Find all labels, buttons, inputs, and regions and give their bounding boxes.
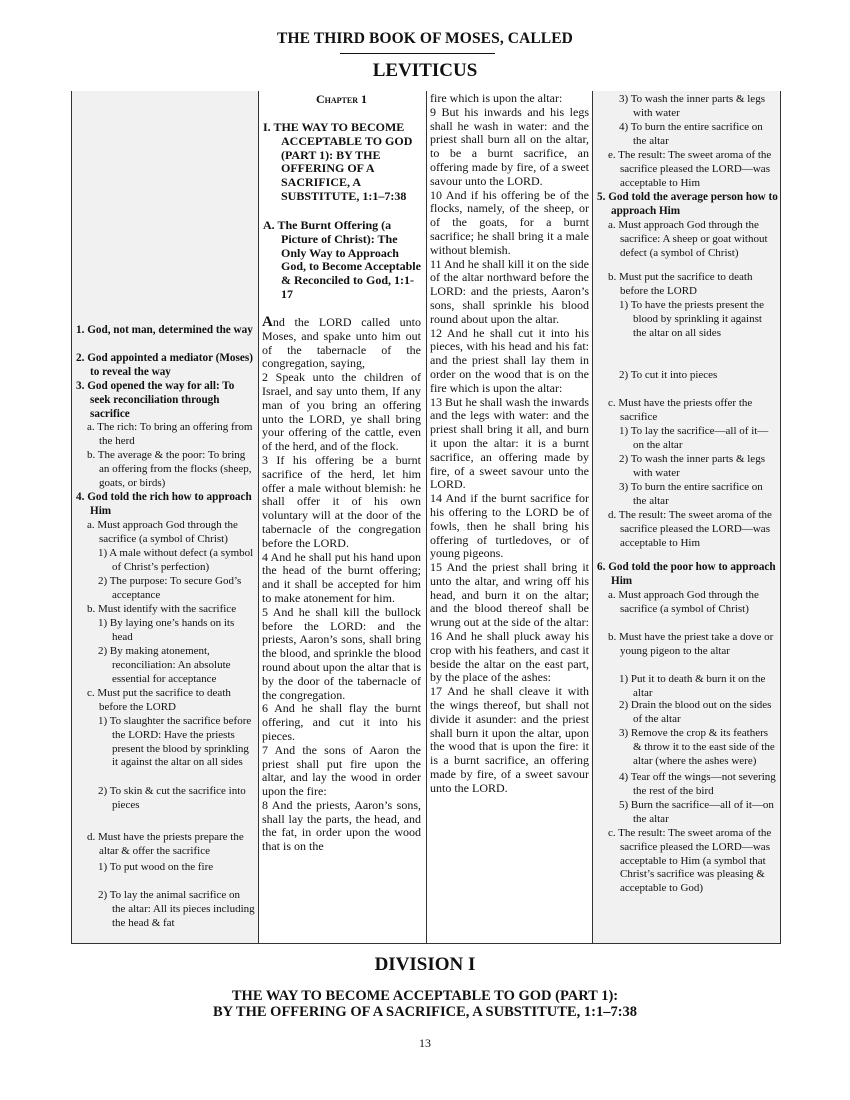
verse-8: 8 And the priests, Aaron’s sons, shall l… — [262, 799, 421, 854]
verse-17: 17 And he shall cleave it with the wings… — [430, 685, 589, 795]
outline-item: d. Must have the priests prepare the alt… — [76, 831, 256, 859]
verse-9: 9 But his inwards and his legs shall he … — [430, 106, 589, 189]
outline-item: 2) By making atonement, reconciliation: … — [76, 645, 256, 686]
verse-8-continued: fire which is upon the altar: — [430, 92, 589, 106]
scripture-column-1: Chapter 1 I. THE WAY TO BECOME ACCEPTABL… — [259, 91, 424, 943]
outline-item: 2) To cut it into pieces — [597, 369, 778, 383]
outline-item: 4. God told the rich how to approach Him — [76, 491, 256, 519]
outline-column-left: 1. God, not man, determined the way2. Go… — [71, 91, 259, 943]
outline-item: 1) A male without defect (a symbol of Ch… — [76, 547, 256, 575]
outline-item: 5. God told the average person how to ap… — [597, 191, 778, 219]
outline-item: 2) To wash the inner parts & legs with w… — [597, 453, 778, 481]
outline-item: b. Must have the priest take a dove or y… — [597, 631, 778, 659]
outline-item: 2) To skin & cut the sacrifice into piec… — [76, 785, 256, 813]
page-number: 13 — [0, 1036, 850, 1051]
verse-2: 2 Speak unto the children of Israel, and… — [262, 371, 421, 454]
outline-item: b. Must put the sacrifice to death befor… — [597, 271, 778, 299]
division-heading: I. THE WAY TO BECOME ACCEPTABLE TO GOD (… — [263, 121, 422, 204]
outline-item: 1. God, not man, determined the way — [76, 324, 256, 338]
verse-4: 4 And he shall put his hand upon the hea… — [262, 551, 421, 606]
verse-16: 16 And he shall pluck away his crop with… — [430, 630, 589, 685]
chapter-label: Chapter 1 — [259, 93, 424, 107]
outline-item: 2) To lay the animal sacrifice on the al… — [76, 889, 256, 930]
outline-item: 5) Burn the sacrifice—all of it—on the a… — [597, 799, 778, 827]
outline-item: c. Must have the priests offer the sacri… — [597, 397, 778, 425]
verse-1: And the LORD called unto Moses, and spak… — [262, 316, 421, 371]
verse-15: 15 And the priest shall bring it unto th… — [430, 561, 589, 630]
outline-item: 1) To put wood on the fire — [76, 861, 256, 875]
division-title: DIVISION I — [0, 954, 850, 976]
outline-item: 2) The purpose: To secure God’s acceptan… — [76, 575, 256, 603]
division-subtitle-line-1: THE WAY TO BECOME ACCEPTABLE TO GOD (PAR… — [0, 988, 850, 1004]
outline-item: 3) To burn the entire sacrifice on the a… — [597, 481, 778, 509]
division-subtitle-line-2: BY THE OFFERING OF A SACRIFICE, A SUBSTI… — [0, 1004, 850, 1020]
verse-5: 5 And he shall kill the bullock before t… — [262, 606, 421, 703]
section-heading: A. The Burnt Offering (a Picture of Chri… — [263, 219, 422, 302]
outline-item: a. Must approach God through the sacrifi… — [76, 519, 256, 547]
verse-6: 6 And he shall flay the burnt offering, … — [262, 702, 421, 743]
outline-item: e. The result: The sweet aroma of the sa… — [597, 149, 778, 190]
outline-item: c. Must put the sacrifice to death befor… — [76, 687, 256, 715]
verse-11: 11 And he shall kill it on the side of t… — [430, 258, 589, 327]
outline-item: d. The result: The sweet aroma of the sa… — [597, 509, 778, 550]
outline-item: 1) To slaughter the sacrifice before the… — [76, 715, 256, 770]
outline-item: 3) To wash the inner parts & legs with w… — [597, 93, 778, 121]
book-title: THE THIRD BOOK OF MOSES, CALLED — [0, 30, 850, 48]
outline-item: 6. God told the poor how to approach Him — [597, 561, 778, 589]
verse-13: 13 But he shall wash the inwards and the… — [430, 396, 589, 493]
outline-item: b. The average & the poor: To bring an o… — [76, 449, 256, 490]
outline-item: b. Must identify with the sacrifice — [76, 603, 256, 617]
outline-item: a. Must approach God through the sacrifi… — [597, 589, 778, 617]
outline-item: 2. God appointed a mediator (Moses) to r… — [76, 352, 256, 380]
title-rule — [340, 53, 495, 54]
verse-14: 14 And if the burnt sacrifice for his of… — [430, 492, 589, 561]
outline-item: 1) To lay the sacrifice—all of it—on the… — [597, 425, 778, 453]
book-name: LEVITICUS — [0, 60, 850, 82]
page-body: 1. God, not man, determined the way2. Go… — [71, 91, 781, 944]
division-subtitle: THE WAY TO BECOME ACCEPTABLE TO GOD (PAR… — [0, 988, 850, 1020]
outline-item: 1) Put it to death & burn it on the alta… — [597, 673, 778, 701]
outline-item: c. The result: The sweet aroma of the sa… — [597, 827, 778, 896]
verse-10: 10 And if his offering be of the flocks,… — [430, 189, 589, 258]
outline-column-right: 3) To wash the inner parts & legs with w… — [592, 91, 781, 943]
drop-cap: A — [262, 314, 273, 330]
outline-item: a. The rich: To bring an offering from t… — [76, 421, 256, 449]
verse-12: 12 And he shall cut it into his pieces, … — [430, 327, 589, 396]
outline-item: 3. God opened the way for all: To seek r… — [76, 380, 256, 421]
verses-block-2: fire which is upon the altar: 9 But his … — [430, 92, 589, 796]
scripture-column-2: fire which is upon the altar: 9 But his … — [426, 91, 592, 943]
verses-block-1: And the LORD called unto Moses, and spak… — [262, 316, 421, 854]
outline-item: a. Must approach God through the sacrifi… — [597, 219, 778, 260]
outline-item: 2) Drain the blood out on the sides of t… — [597, 699, 778, 727]
outline-item: 4) Tear off the wings—not severing the r… — [597, 771, 778, 799]
outline-item: 1) To have the priests present the blood… — [597, 299, 778, 340]
outline-item: 3) Remove the crop & its feathers & thro… — [597, 727, 778, 768]
outline-item: 4) To burn the entire sacrifice on the a… — [597, 121, 778, 149]
outline-item: 1) By laying one’s hands on its head — [76, 617, 256, 645]
verse-3: 3 If his offering be a burnt sacrifice o… — [262, 454, 421, 551]
verse-7: 7 And the sons of Aaron the priest shall… — [262, 744, 421, 799]
